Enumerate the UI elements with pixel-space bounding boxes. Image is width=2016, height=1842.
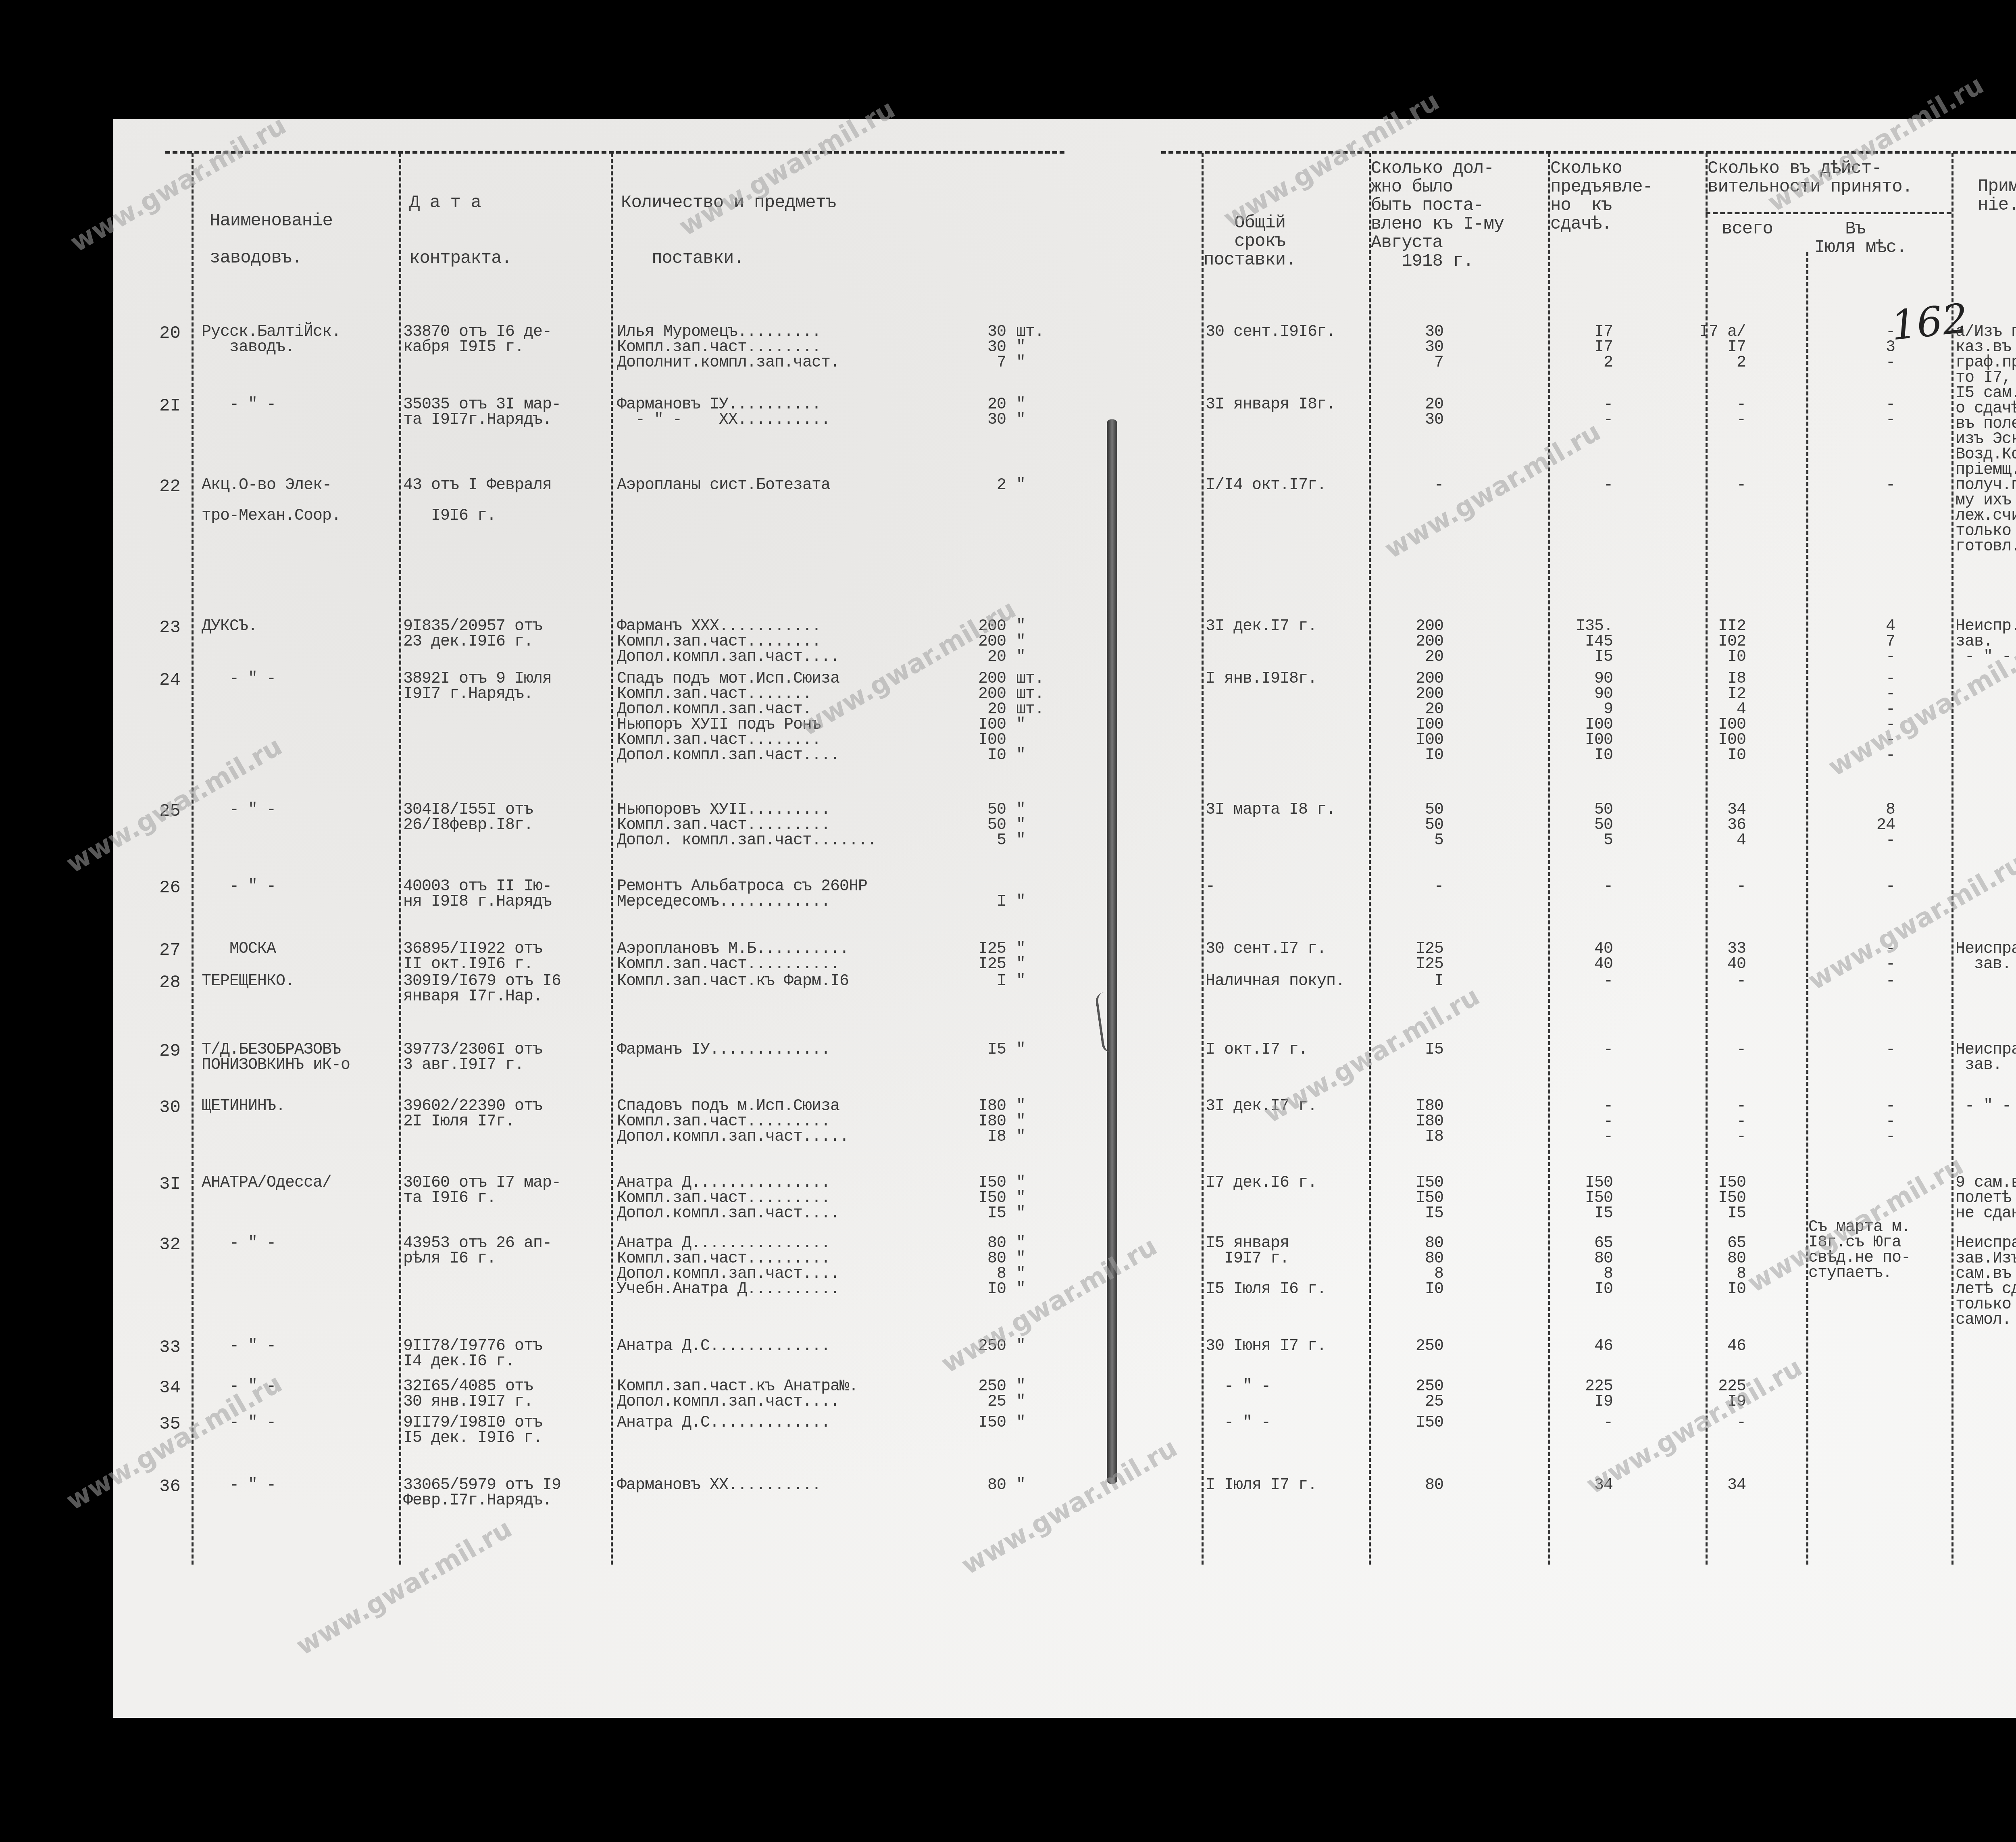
due-quantity: I50	[1379, 1415, 1443, 1431]
due-quantity: 20	[1379, 702, 1443, 717]
item-description: Аэроплановъ М.Б..........	[617, 942, 849, 957]
accepted-july: -	[1831, 413, 1895, 428]
item-description: Допол.компл.зап.част.....	[617, 1129, 849, 1145]
column-divider	[399, 153, 401, 1565]
column-divider	[1951, 153, 1954, 1565]
header-top-rule	[165, 151, 1064, 154]
item-description: Компл.зап.част.........	[617, 1251, 830, 1267]
due-quantity: I80	[1379, 1099, 1443, 1114]
item-unit: "	[1016, 1042, 1025, 1058]
column-divider	[1806, 252, 1808, 1565]
accepted-total: I7	[1681, 340, 1746, 355]
delivery-term: I Іюля I7 г.	[1206, 1478, 1317, 1493]
presented-quantity: I50	[1548, 1191, 1613, 1206]
item-quantity: I0	[950, 748, 1006, 763]
accepted-total: -	[1681, 1114, 1746, 1129]
contract-date: 40003 отъ II Ію- ня I9I8 г.Нарядъ	[403, 879, 552, 910]
item-quantity: I00	[950, 717, 1006, 733]
due-quantity: I50	[1379, 1175, 1443, 1191]
item-quantity: I00	[950, 733, 1006, 748]
item-unit: шт.	[1016, 325, 1044, 340]
due-quantity: 200	[1379, 619, 1443, 634]
presented-quantity: I7	[1548, 325, 1613, 340]
item-description: Компл.зап.част.........	[617, 1114, 830, 1129]
accepted-total: -	[1681, 879, 1746, 894]
presented-quantity: -	[1548, 1415, 1613, 1431]
factory-name: ДУКСЪ.	[202, 619, 257, 634]
accepted-total: I2	[1681, 687, 1746, 702]
due-quantity: 50	[1379, 818, 1443, 833]
item-unit: "	[1016, 1379, 1025, 1394]
item-description: Анатра Д.С.............	[617, 1339, 830, 1354]
item-quantity: 200	[950, 671, 1006, 687]
item-unit: "	[1016, 355, 1025, 371]
presented-quantity: -	[1548, 1114, 1613, 1129]
presented-quantity: I00	[1548, 733, 1613, 748]
row-number: 20	[159, 325, 181, 342]
item-quantity: I50	[950, 1191, 1006, 1206]
contract-date: 43 отъ I Февраля I9I6 г.	[403, 478, 552, 524]
contract-date: 36895/II922 отъ II окт.I9I6 г.	[403, 942, 542, 972]
presented-quantity: 50	[1548, 818, 1613, 833]
item-unit: "	[1016, 1236, 1025, 1251]
row-number: 32	[159, 1236, 181, 1254]
contract-date: 32I65/4085 отъ 30 янв.I9I7 г.	[403, 1379, 533, 1410]
presented-quantity: -	[1548, 974, 1613, 989]
item-quantity: I5	[950, 1206, 1006, 1221]
presented-quantity: 90	[1548, 671, 1613, 687]
item-description: Спадъ подъ мот.Исп.Сюиза	[617, 671, 839, 687]
accepted-july: -	[1831, 833, 1895, 848]
item-quantity: I25	[950, 957, 1006, 972]
item-quantity: 7	[950, 355, 1006, 371]
contract-date: 33065/5979 отъ I9 Февр.I7г.Нарядъ.	[403, 1478, 561, 1509]
accepted-total: 8	[1681, 1267, 1746, 1282]
accepted-total: I00	[1681, 717, 1746, 733]
due-quantity: 7	[1379, 355, 1443, 371]
presented-quantity: -	[1548, 1129, 1613, 1145]
item-unit: "	[1016, 957, 1025, 972]
column-divider	[611, 153, 613, 1565]
accepted-total: II2	[1681, 619, 1746, 634]
accepted-total: 4	[1681, 702, 1746, 717]
item-unit: "	[1016, 1129, 1025, 1145]
presented-quantity: 46	[1548, 1339, 1613, 1354]
header-presented: Сколько предъявле- но къ сдачѣ.	[1550, 159, 1653, 233]
contract-date: 30I60 отъ I7 мар- та I9I6 г.	[403, 1175, 561, 1206]
item-unit: "	[1016, 1114, 1025, 1129]
delivery-term: - " -	[1206, 1379, 1270, 1394]
factory-name: Русск.БалтіЙск. заводъ.	[202, 325, 341, 355]
item-description: Компл.зап.част..........	[617, 957, 839, 972]
contract-date: 9II79/I98I0 отъ I5 дек. I9I6 г.	[403, 1415, 542, 1446]
delivery-term: 30 сент.I7 г.	[1206, 942, 1326, 957]
item-quantity: 20	[950, 702, 1006, 717]
row-note: Неисправ. зав.	[1956, 942, 2016, 972]
item-description: Компл.зап.част........	[617, 733, 821, 748]
presented-quantity: 80	[1548, 1251, 1613, 1267]
accepted-july: -	[1831, 650, 1895, 665]
row-note: - " -	[1956, 1099, 2011, 1114]
presented-quantity: I50	[1548, 1175, 1613, 1191]
presented-quantity: I0	[1548, 1282, 1613, 1297]
accepted-july: 4	[1831, 619, 1895, 634]
item-description: Фармановъ XX..........	[617, 1478, 821, 1493]
item-description: Аэропланы сист.Ботезата	[617, 478, 830, 493]
item-quantity: 25	[950, 1394, 1006, 1410]
item-description: Ремонтъ Альбатроса съ 260НР	[617, 879, 867, 894]
contract-date: 43953 отъ 26 ап- рѣля I6 г.	[403, 1236, 552, 1267]
presented-quantity: 5	[1548, 833, 1613, 848]
item-quantity: I50	[950, 1415, 1006, 1431]
contract-date: 39602/22390 отъ 2I Іюля I7г.	[403, 1099, 542, 1129]
due-quantity: I00	[1379, 717, 1443, 733]
item-quantity: 80	[950, 1236, 1006, 1251]
item-unit: "	[1016, 650, 1025, 665]
presented-quantity: -	[1548, 1042, 1613, 1058]
item-unit: "	[1016, 942, 1025, 957]
due-quantity: 5	[1379, 833, 1443, 848]
row-number: 34	[159, 1379, 181, 1397]
item-description: Компл.зап.част.къ Анатра№.	[617, 1379, 858, 1394]
row-number: 2I	[159, 397, 181, 415]
due-quantity: 200	[1379, 687, 1443, 702]
item-quantity: I8	[950, 1129, 1006, 1145]
contract-date: 309I9/I679 отъ I6 января I7г.Нар.	[403, 974, 561, 1004]
due-quantity: I00	[1379, 733, 1443, 748]
presented-quantity: 40	[1548, 942, 1613, 957]
item-description: Фарманъ XXX...........	[617, 619, 821, 634]
accepted-total: I50	[1681, 1175, 1746, 1191]
presented-quantity: I45	[1548, 634, 1613, 650]
row-number: 30	[159, 1099, 181, 1117]
due-quantity: 250	[1379, 1379, 1443, 1394]
accepted-july: 7	[1831, 634, 1895, 650]
accepted-july: -	[1831, 325, 1895, 340]
due-quantity: 20	[1379, 650, 1443, 665]
accepted-total: -	[1681, 1129, 1746, 1145]
factory-name: - " -	[202, 879, 276, 894]
presented-quantity: 65	[1548, 1236, 1613, 1251]
accepted-total: I0	[1681, 1282, 1746, 1297]
accepted-total: I00	[1681, 733, 1746, 748]
accepted-july: -	[1831, 1114, 1895, 1129]
item-description: Допол.компл.зап.част....	[617, 650, 839, 665]
due-quantity: 8	[1379, 1267, 1443, 1282]
due-quantity: 30	[1379, 413, 1443, 428]
due-quantity: I0	[1379, 1282, 1443, 1297]
due-quantity: 50	[1379, 802, 1443, 818]
item-quantity: 8	[950, 1267, 1006, 1282]
row-number: 29	[159, 1042, 181, 1060]
item-quantity: 30	[950, 413, 1006, 428]
accepted-total: 34	[1681, 1478, 1746, 1493]
factory-name: Акц.О-во Элек- тро-Механ.Соор.	[202, 478, 341, 524]
presented-quantity: I00	[1548, 717, 1613, 733]
item-description: Допол.компл.зап.част....	[617, 1394, 839, 1410]
item-unit: шт.	[1016, 702, 1044, 717]
accepted-july: -	[1831, 397, 1895, 413]
due-quantity: I25	[1379, 957, 1443, 972]
presented-quantity: I35.	[1548, 619, 1613, 634]
delivery-term-secondary: I5 Іюля I6 г.	[1206, 1282, 1326, 1297]
factory-name: - " -	[202, 802, 276, 818]
accepted-july: 24	[1831, 818, 1895, 833]
presented-quantity: -	[1548, 879, 1613, 894]
item-description: Анатра Д.С.............	[617, 1415, 830, 1431]
due-quantity: 200	[1379, 634, 1443, 650]
factory-name: - " -	[202, 1236, 276, 1251]
delivery-term: 3I марта I8 г.	[1206, 802, 1335, 818]
contract-date: 304I8/I55I отъ 26/I8февр.I8г.	[403, 802, 533, 833]
due-quantity: 80	[1379, 1478, 1443, 1493]
item-description: Дополнит.компл.зап.част.	[617, 355, 839, 371]
item-unit: "	[1016, 802, 1025, 818]
factory-name: ЩЕТИНИНЪ.	[202, 1099, 285, 1114]
item-description: Компл.зап.част.къ Фарм.I6	[617, 974, 849, 989]
accepted-july: -	[1831, 702, 1895, 717]
item-quantity: 80	[950, 1478, 1006, 1493]
presented-quantity: -	[1548, 397, 1613, 413]
item-quantity: I25	[950, 942, 1006, 957]
due-quantity: 80	[1379, 1251, 1443, 1267]
item-description: Компл.зап.част.......	[617, 687, 812, 702]
due-quantity: 250	[1379, 1339, 1443, 1354]
row-number: 22	[159, 478, 181, 496]
delivery-term: I5 января I9I7 г.	[1206, 1236, 1289, 1267]
header-accepted-total: всего	[1722, 220, 1773, 238]
row-number: 33	[159, 1339, 181, 1356]
item-unit: "	[1016, 340, 1025, 355]
due-quantity: I25	[1379, 942, 1443, 957]
accepted-total: I7 а/	[1681, 325, 1746, 340]
accepted-july: -	[1831, 478, 1895, 493]
accepted-july: -	[1831, 1129, 1895, 1145]
row-number: 36	[159, 1478, 181, 1496]
item-quantity: 200	[950, 687, 1006, 702]
accepted-july: -	[1831, 1042, 1895, 1058]
accepted-total: 33	[1681, 942, 1746, 957]
item-quantity: 30	[950, 340, 1006, 355]
item-unit: "	[1016, 974, 1025, 989]
row-note: Неисправ. зав.	[1956, 1042, 2016, 1073]
accepted-july: 3	[1831, 340, 1895, 355]
item-unit	[1016, 879, 1025, 894]
accepted-total: -	[1681, 1042, 1746, 1058]
delivery-term: I/I4 окт.I7г.	[1206, 478, 1326, 493]
item-description: Компл.зап.част........	[617, 634, 821, 650]
delivery-term: 30 Іюня I7 г.	[1206, 1339, 1326, 1354]
due-quantity: I0	[1379, 748, 1443, 763]
accepted-total: -	[1681, 478, 1746, 493]
item-unit: "	[1016, 1175, 1025, 1191]
due-quantity: 30	[1379, 340, 1443, 355]
column-divider	[1202, 153, 1204, 1565]
accepted-total: 2	[1681, 355, 1746, 371]
presented-quantity: 9	[1548, 702, 1613, 717]
row-number: 28	[159, 974, 181, 992]
presented-quantity: 40	[1548, 957, 1613, 972]
item-description: Анатра Д...............	[617, 1236, 830, 1251]
due-quantity: I50	[1379, 1191, 1443, 1206]
presented-quantity: 8	[1548, 1267, 1613, 1282]
row-number: 24	[159, 671, 181, 689]
delivery-term: 3I дек.I7 г.	[1206, 619, 1317, 634]
header-accepted-july: Въ Іюля мѣс.	[1814, 220, 1907, 257]
accepted-july: -	[1831, 671, 1895, 687]
accepted-total: 65	[1681, 1236, 1746, 1251]
contract-date: 33870 отъ I6 де- кабря I9I5 г.	[403, 325, 552, 355]
item-unit: "	[1016, 1191, 1025, 1206]
row-number: 27	[159, 942, 181, 959]
presented-quantity: 225	[1548, 1379, 1613, 1394]
header-factory-name: Наименованіе заводовъ.	[210, 212, 333, 267]
delivery-term: - " -	[1206, 1415, 1270, 1431]
row-number: 23	[159, 619, 181, 637]
presented-quantity: 50	[1548, 802, 1613, 818]
accepted-total: 4	[1681, 833, 1746, 848]
accepted-july: -	[1831, 355, 1895, 371]
item-quantity: 2	[950, 478, 1006, 493]
column-divider	[1369, 153, 1371, 1565]
item-quantity: I80	[950, 1099, 1006, 1114]
item-description: Допол.компл.зап.част.	[617, 702, 812, 717]
item-quantity: 5	[950, 833, 1006, 848]
factory-name: МОСКА	[202, 942, 276, 957]
delivery-term: Наличная покуп.	[1206, 974, 1345, 989]
item-unit: шт.	[1016, 671, 1044, 687]
due-quantity: -	[1379, 879, 1443, 894]
item-unit: "	[1016, 748, 1025, 763]
accepted-total: 46	[1681, 1339, 1746, 1354]
item-quantity: I50	[950, 1175, 1006, 1191]
item-unit: "	[1016, 1339, 1025, 1354]
item-unit: "	[1016, 1099, 1025, 1114]
presented-quantity: I0	[1548, 748, 1613, 763]
item-description: Мерседесомъ............	[617, 894, 830, 910]
due-quantity: I5	[1379, 1206, 1443, 1221]
factory-name: - " -	[202, 1478, 276, 1493]
item-unit: "	[1016, 413, 1025, 428]
presented-quantity: 90	[1548, 687, 1613, 702]
item-unit: "	[1016, 818, 1025, 833]
item-description: - " - XX..........	[617, 413, 830, 428]
item-description: Фарманъ IУ.............	[617, 1042, 830, 1058]
row-number: 3I	[159, 1175, 181, 1193]
delivery-term: I7 дек.I6 г.	[1206, 1175, 1317, 1191]
due-quantity: I	[1379, 974, 1443, 989]
contract-date: 35035 отъ 3I мар- та I9I7г.Нарядъ.	[403, 397, 561, 428]
item-quantity: 250	[950, 1379, 1006, 1394]
accepted-total: 40	[1681, 957, 1746, 972]
item-unit: "	[1016, 397, 1025, 413]
header-notes: Примѣча- ніе.	[1978, 177, 2016, 215]
delivery-term: 30 сент.I9I6г.	[1206, 325, 1335, 340]
item-quantity: I0	[950, 1282, 1006, 1297]
delivery-term: I янв.I9I8г.	[1206, 671, 1317, 687]
row-note: Неисправн. зав.Изъ 65 сам.въ по- летѣ сд…	[1956, 1236, 2016, 1328]
accepted-total: I8	[1681, 671, 1746, 687]
item-quantity: 50	[950, 802, 1006, 818]
contract-date: 39773/2306I отъ 3 авг.I9I7 г.	[403, 1042, 542, 1073]
item-description: Компл.зап.част.........	[617, 1191, 830, 1206]
accepted-total: I50	[1681, 1191, 1746, 1206]
due-quantity: 30	[1379, 325, 1443, 340]
factory-name: Т/Д.БЕЗОБРАЗОВЪ ПОНИЗОВКИНЪ иК-о	[202, 1042, 350, 1073]
presented-quantity: -	[1548, 1099, 1613, 1114]
item-description: Учебн.Анатра Д..........	[617, 1282, 839, 1297]
presented-quantity: I7	[1548, 340, 1613, 355]
item-quantity: I5	[950, 1042, 1006, 1058]
item-description: Илья Муромецъ.........	[617, 325, 821, 340]
item-description: Допол.компл.зап.част....	[617, 1206, 839, 1221]
accepted-july: -	[1831, 1099, 1895, 1114]
item-description: Компл.зап.част........	[617, 340, 821, 355]
presented-quantity: I9	[1548, 1394, 1613, 1410]
item-quantity: 50	[950, 818, 1006, 833]
item-unit: "	[1016, 1251, 1025, 1267]
due-quantity: 25	[1379, 1394, 1443, 1410]
item-description: Ньюпоръ ХУII подъ Ронъ	[617, 717, 821, 733]
item-description: Ньюпоровъ ХУII.........	[617, 802, 830, 818]
item-description: Допол.компл.зап.част....	[617, 1267, 839, 1282]
due-quantity: I8	[1379, 1129, 1443, 1145]
binding-cord	[1107, 419, 1117, 1484]
accepted-total: -	[1681, 974, 1746, 989]
accepted-total: I0	[1681, 748, 1746, 763]
factory-name: - " -	[202, 397, 276, 413]
header-contract-date: Д а т а контракта.	[409, 194, 512, 268]
item-description: Допол. компл.зап.част.......	[617, 833, 877, 848]
column-divider	[192, 153, 194, 1565]
accepted-total: 80	[1681, 1251, 1746, 1267]
accepted-total: I02	[1681, 634, 1746, 650]
item-unit: "	[1016, 1206, 1025, 1221]
factory-name: АНАТРА/Одесса/	[202, 1175, 331, 1191]
item-unit: "	[1016, 1267, 1025, 1282]
item-unit: "	[1016, 717, 1025, 733]
presented-quantity: I5	[1548, 650, 1613, 665]
delivery-term: I окт.I7 г.	[1206, 1042, 1308, 1058]
item-unit: "	[1016, 1282, 1025, 1297]
accepted-total: 34	[1681, 802, 1746, 818]
contract-date: 9II78/I9776 отъ I4 дек.I6 г.	[403, 1339, 542, 1369]
item-quantity: I80	[950, 1114, 1006, 1129]
due-quantity: -	[1379, 478, 1443, 493]
item-description: Фармановъ IУ..........	[617, 397, 821, 413]
due-quantity: 200	[1379, 671, 1443, 687]
contract-date: 9I835/20957 отъ 23 дек.I9I6 г.	[403, 619, 542, 650]
item-quantity: 30	[950, 325, 1006, 340]
due-quantity: I80	[1379, 1114, 1443, 1129]
due-quantity: 20	[1379, 397, 1443, 413]
item-unit: "	[1016, 1478, 1025, 1493]
item-quantity: 20	[950, 397, 1006, 413]
accepted-july: -	[1831, 879, 1895, 894]
row-note: 9 сам.въ полетѣ еще не сданы.	[1956, 1175, 2016, 1221]
accepted-total: 36	[1681, 818, 1746, 833]
factory-name: ТЕРЕЩЕНКО.	[202, 974, 294, 989]
presented-quantity: -	[1548, 478, 1613, 493]
item-unit: "	[1016, 833, 1025, 848]
presented-quantity: I5	[1548, 1206, 1613, 1221]
row-note: а/Изъ по- каз.въ граф.приня- то I7, на I…	[1956, 325, 2016, 554]
row-number: 26	[159, 879, 181, 897]
item-unit: "	[1016, 634, 1025, 650]
item-unit: "	[1016, 894, 1025, 910]
item-unit: "	[1016, 1415, 1025, 1431]
header-due-by-august: Сколько дол- жно было быть поста- влено …	[1371, 159, 1504, 271]
